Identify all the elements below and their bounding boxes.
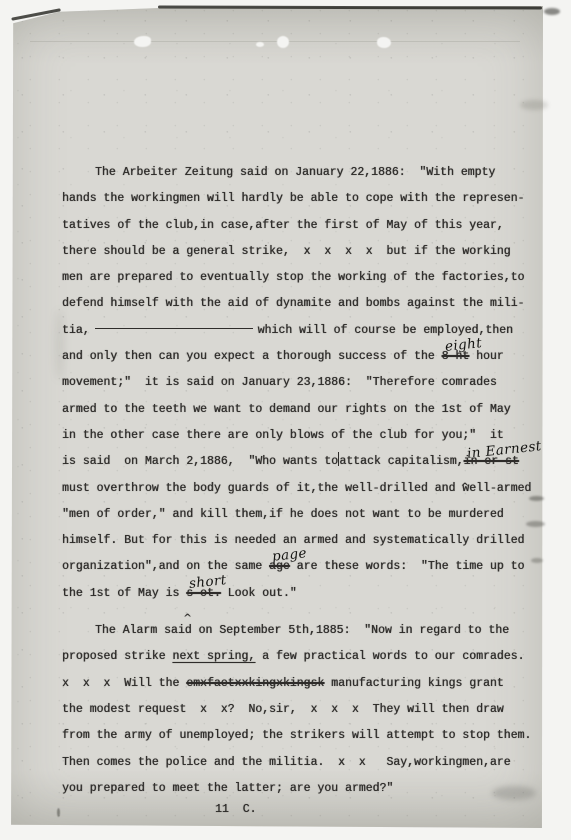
typed-text-segment: is said on March 2,1886, "Who wants to xyxy=(62,455,338,468)
typed-line: organization",and on the same pageage ar… xyxy=(62,554,542,580)
typed-text-segment: "men of order," and kill them,if he does… xyxy=(62,508,504,521)
typed-text-segment: a few practical words to our comrades. xyxy=(255,650,524,663)
typed-text-segment: proposed strike xyxy=(62,650,172,663)
typed-line: there should be a general strike, x x x … xyxy=(62,239,542,265)
typed-text-segment: the modest request x x? No,sir, x x x Th… xyxy=(62,703,504,716)
typed-line: the 1st of May is shorts ot. Look out." xyxy=(62,581,542,607)
typed-text-segment: the 1st of May is xyxy=(62,587,186,600)
typed-line: armed to the teeth we want to demand our… xyxy=(62,397,542,423)
handwritten-annotation: page xyxy=(271,541,308,571)
typed-text-segment: Then comes the police and the militia. x… xyxy=(62,756,511,769)
caret-icon xyxy=(461,475,471,485)
typed-line: from the army of unemployed; the striker… xyxy=(62,723,542,749)
typed-text-segment: from the army of unemployed; the striker… xyxy=(62,729,531,742)
document-footer-block: 11 C. xyxy=(62,797,542,823)
typed-text-segment: organization",and on the same xyxy=(62,560,269,573)
typed-line: "men of order," and kill them,if he does… xyxy=(62,502,542,528)
typed-line: movement;" it is said on January 23,1886… xyxy=(62,370,542,396)
typed-line: proposed strike next spring, a few pract… xyxy=(62,644,542,670)
typed-line: is said on March 2,1886, "Who wants toat… xyxy=(62,449,542,475)
paper-crease xyxy=(30,41,520,42)
typed-text-segment: movement;" it is said on January 23,1886… xyxy=(62,376,497,389)
typed-text-segment: x x x Will the xyxy=(62,677,186,690)
typed-text: The Arbeiter Zeitung said on January 22,… xyxy=(62,160,542,802)
typed-line: defend himself with the aid of dynamite … xyxy=(62,291,542,317)
struck-text: emxfaetxxkingxkingsk xyxy=(186,677,324,690)
caret-icon xyxy=(183,606,193,616)
handwritten-correction: shorts ot. xyxy=(186,581,221,607)
typed-text-segment: and only then can you expect a thorough … xyxy=(62,350,442,363)
handwritten-correction: eight8 ht xyxy=(442,344,470,370)
fill-in-blank-rule xyxy=(95,328,253,330)
typed-text-segment: hands the workingmen will hardly be able… xyxy=(62,192,524,205)
typed-text-segment: attack capitalism, xyxy=(339,455,463,468)
paper-hole xyxy=(377,37,391,48)
typed-text-segment: manufacturing kings grant xyxy=(324,677,503,690)
typed-line: x x x Will the emxfaetxxkingxkingsk manu… xyxy=(62,671,542,697)
typed-text-segment: armed to the teeth we want to demand our… xyxy=(62,403,511,416)
typed-line: and only then can you expect a thorough … xyxy=(62,344,542,370)
typed-text-segment: The Alarm said on September 5th,1885: "N… xyxy=(95,624,509,637)
handwritten-correction: in Earnestin er st xyxy=(464,449,519,475)
typed-line: the modest request x x? No,sir, x x x Th… xyxy=(62,697,542,723)
typed-text-segment: in the other case there are only blows o… xyxy=(62,429,504,442)
typed-text-segment: defend himself with the aid of dynamite … xyxy=(62,297,524,310)
paper-hole xyxy=(277,36,289,48)
typed-text-segment: Look out." xyxy=(221,587,297,600)
scanned-document-page: { "colors": { "background": "#f4f4f2", "… xyxy=(0,0,571,840)
underlined-text: next spring, xyxy=(172,650,255,663)
paper-hole xyxy=(256,42,264,47)
stain xyxy=(544,8,560,15)
typed-line: hands the workingmen will hardly be able… xyxy=(62,186,542,212)
typed-text-segment: you prepared to meet the latter; are you… xyxy=(62,782,393,795)
page-number: 11 C. xyxy=(62,797,542,823)
typed-line: men are prepared to eventually stop the … xyxy=(62,265,542,291)
typed-text-segment: men are prepared to eventually stop the … xyxy=(62,271,524,284)
typed-text-segment: tia, xyxy=(62,324,90,337)
typed-line: tatives of the club,in case,after the fi… xyxy=(62,213,542,239)
typed-text-segment: are these words: "The time up to xyxy=(290,560,525,573)
typed-text-segment: there should be a general strike, x x x … xyxy=(62,245,511,258)
paper-hole xyxy=(134,36,151,47)
typed-text-segment: The Arbeiter Zeitung said on January 22,… xyxy=(95,166,495,179)
handwritten-annotation: eight xyxy=(443,330,483,360)
typed-text-segment: tatives of the club,in case,after the fi… xyxy=(62,219,504,232)
typed-line: Then comes the police and the militia. x… xyxy=(62,750,542,776)
handwritten-correction: pageage xyxy=(269,554,290,580)
typed-line: The Alarm said on September 5th,1885: "N… xyxy=(62,618,542,644)
typed-line: The Arbeiter Zeitung said on January 22,… xyxy=(62,160,542,186)
handwritten-annotation: short xyxy=(188,567,228,597)
